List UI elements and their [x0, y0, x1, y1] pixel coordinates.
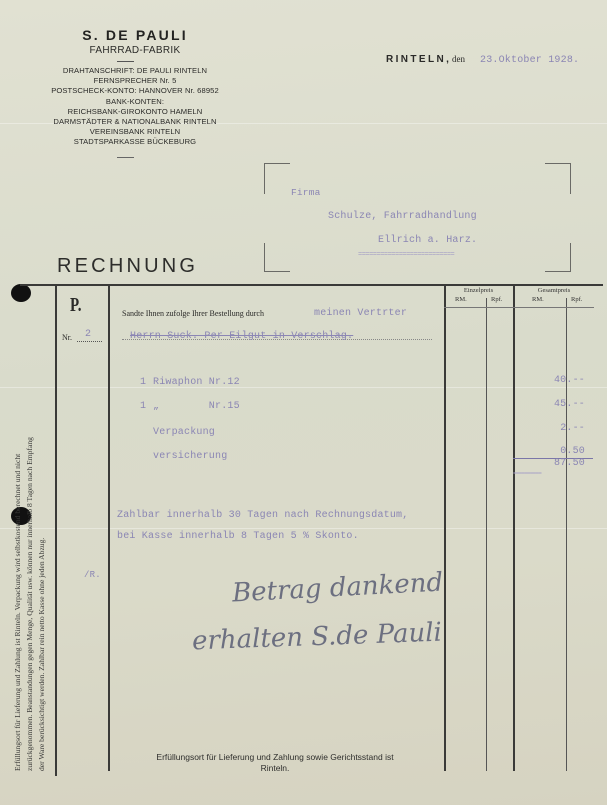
- recipient-label: Firma: [291, 187, 321, 198]
- company-subtitle: FAHRRAD-FABRIK: [40, 45, 230, 56]
- item-qty: 1: [140, 377, 146, 388]
- item-total: 0.50: [520, 446, 585, 457]
- recipient-city: Ellrich a. Harz.: [378, 235, 477, 246]
- table-left-border: [55, 286, 57, 776]
- typist-initials: /R.: [84, 570, 101, 580]
- den-label: den: [452, 54, 465, 64]
- address-window-corner: [545, 243, 571, 272]
- address-window-corner: [264, 163, 290, 194]
- gesamtpreis-header: Gesamtpreis: [513, 287, 595, 294]
- info-line: STADTSPARKASSE BÜCKEBURG: [20, 137, 250, 147]
- column-divider: [108, 286, 110, 771]
- info-line: FERNSPRECHER Nr. 5: [20, 76, 250, 86]
- item-description: Verpackung: [153, 427, 215, 438]
- nr-label: Nr.: [62, 333, 72, 342]
- item-total: 2.--: [520, 423, 585, 434]
- einzel-rpf-header: Rpf.: [491, 296, 502, 303]
- gesamt-rpf-header: Rpf.: [571, 296, 582, 303]
- footer-line: Rinteln.: [110, 763, 440, 774]
- item-description: Riwaphon Nr.12: [153, 377, 240, 388]
- footer-line: Erfüllungsort für Lieferung und Zahlung …: [110, 752, 440, 763]
- nr-dotted-line: [77, 341, 102, 342]
- document-title: RECHNUNG: [57, 255, 198, 278]
- column-divider: [486, 298, 487, 771]
- info-line: REICHSBANK-GIROKONTO HAMELN: [20, 107, 250, 117]
- invoice-letter: P.: [70, 294, 82, 317]
- info-line: DRAHTANSCHRIFT: DE PAULI RINTELN: [20, 66, 250, 76]
- recipient-name: Schulze, Fahrradhandlung: [328, 211, 477, 222]
- punch-hole: [11, 284, 31, 302]
- header-underline: [444, 307, 594, 308]
- representative: meinen Vertrter: [314, 308, 407, 319]
- info-line: POSTSCHECK-KONTO: HANNOVER Nr. 68952: [20, 86, 250, 96]
- info-line: BANK-KONTEN:: [20, 97, 250, 107]
- sum-underline: ==========: [513, 470, 541, 477]
- einzel-rm-header: RM.: [455, 296, 467, 303]
- company-contact-info: DRAHTANSCHRIFT: DE PAULI RINTELN FERNSPR…: [20, 66, 250, 148]
- info-line: VEREINSBANK RINTELN: [20, 127, 250, 137]
- column-divider: [444, 286, 446, 771]
- gesamt-rm-header: RM.: [532, 296, 544, 303]
- side-terms-line: zurückgenommen. Beanstandungen gegen Men…: [25, 437, 34, 771]
- payment-terms: Zahlbar innerhalb 30 Tagen nach Rechnung…: [117, 510, 408, 521]
- handwritten-signature: erhalten S.de Pauli: [192, 618, 443, 657]
- company-name: S. DE PAULI: [40, 27, 230, 43]
- paper-fold: [0, 387, 607, 388]
- invoice-paper: S. DE PAULI FAHRRAD-FABRIK DRAHTANSCHRIF…: [0, 0, 607, 805]
- column-divider: [566, 298, 567, 771]
- item-total: 45.--: [520, 399, 585, 410]
- einzelpreis-header: Einzelpreis: [444, 287, 513, 294]
- side-terms-line: der Ware berücksichtigt werden. Zahlbar …: [37, 538, 46, 771]
- divider: [117, 157, 134, 158]
- shipping-note: Herrn Suck. Per Eilgut in Verschlag.: [130, 331, 353, 342]
- item-description: versicherung: [153, 451, 227, 462]
- column-divider: [513, 286, 515, 771]
- payment-terms: bei Kasse innerhalb 8 Tagen 5 % Skonto.: [117, 531, 359, 542]
- item-total: 40.--: [520, 375, 585, 386]
- address-window-corner: [264, 243, 290, 272]
- item-description: „ Nr.15: [153, 401, 240, 412]
- order-intro: Sandte Ihnen zufolge Ihrer Bestellung du…: [122, 309, 264, 318]
- invoice-number: 2: [85, 329, 91, 340]
- info-line: DARMSTÄDTER & NATIONALBANK RINTELN: [20, 117, 250, 127]
- paper-fold: [0, 528, 607, 529]
- place: RINTELN,: [386, 54, 451, 65]
- address-window-corner: [545, 163, 571, 194]
- recipient-underline: ==========================: [358, 251, 454, 259]
- invoice-date: 23.Oktober 1928.: [480, 55, 579, 66]
- footer-jurisdiction: Erfüllungsort für Lieferung und Zahlung …: [110, 752, 440, 774]
- handwritten-receipt: Betrag dankend: [231, 567, 443, 608]
- item-qty: 1: [140, 401, 146, 412]
- invoice-sum: 87.50: [520, 458, 585, 469]
- divider: [117, 61, 134, 62]
- side-terms-line: Erfüllungsort für Lieferung und Zahlung …: [13, 454, 22, 771]
